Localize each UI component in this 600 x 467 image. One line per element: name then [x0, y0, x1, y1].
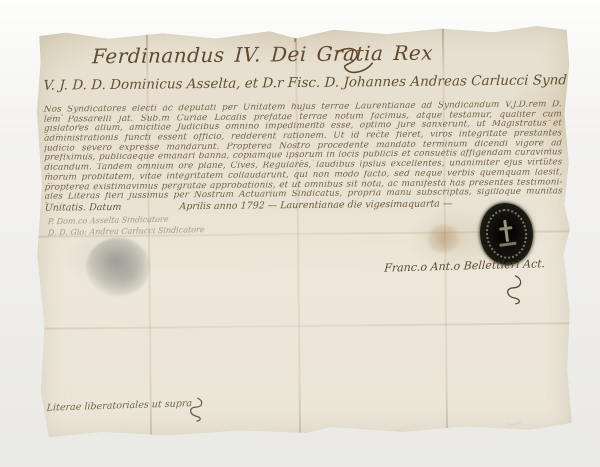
top-edge-crack	[294, 26, 296, 42]
brown-stain	[424, 224, 462, 252]
date-prefix: Unitatis. Datum	[44, 202, 121, 214]
syndic-signature-1: P. Dom.co Asselta Sindicatore	[47, 215, 168, 227]
docket-note: Literae liberatoriales ut supra	[46, 397, 237, 414]
body-text: Nos Syndicatores electi ac deputati per …	[44, 100, 563, 202]
date-text: Aprilis anno 1792 — Laurentianae die vig…	[179, 198, 453, 212]
docket-flourish-icon	[186, 396, 208, 422]
horizontal-fold-lower	[37, 322, 572, 330]
faint-pencil-mark	[505, 415, 522, 426]
manuscript-sheet: Ferdinandus IV. Dei Gratia Rex V. J. D. …	[34, 23, 573, 441]
ink-smudge-stain	[86, 238, 151, 297]
notary-flourish-icon	[501, 274, 527, 306]
photo-backdrop: Ferdinandus IV. Dei Gratia Rex V. J. D. …	[0, 0, 600, 467]
addressee-line: V. J. D. D. Dominicus Asselta, et D.r Fi…	[43, 72, 564, 93]
notary-signature: Franc.o Ant.o Bellettieri Act.	[384, 257, 560, 275]
